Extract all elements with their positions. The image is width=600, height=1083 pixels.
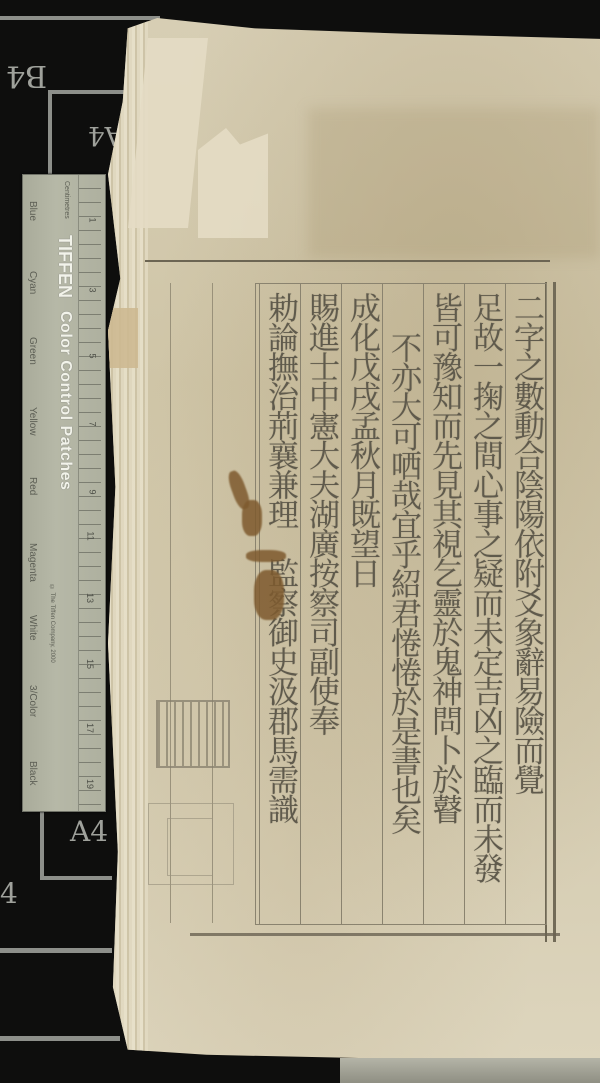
torn-paper-fragment: [198, 128, 268, 238]
patch-label: Magenta: [27, 543, 38, 582]
ruler-number: 1: [87, 217, 97, 222]
ruler-number: 9: [87, 489, 97, 494]
underlying-sheet: [340, 1058, 600, 1083]
grid-line: [40, 876, 112, 880]
patch-label: Cyan: [27, 271, 38, 294]
seal-stamp-upper: [156, 700, 230, 768]
grid-line: [48, 90, 52, 176]
text-block: 二字之數動合陰陽依附爻象辭易險而覺 足故一掬之間心事之疑而未定吉凶之臨而未發 皆…: [255, 283, 547, 925]
patch-label: White: [27, 615, 38, 641]
text-column-3: 皆可豫知而先見其視乞靈於鬼神問卜於瞽: [423, 284, 464, 924]
text-column-6: 賜進士中憲大夫湖廣按察司副使奉: [300, 284, 341, 924]
grid-number-label: 4: [0, 880, 18, 908]
unit-label: Centimetres: [63, 181, 70, 219]
patch-label: Black: [27, 761, 38, 785]
ruler-number: 15: [85, 659, 95, 669]
patch-label: Red: [27, 477, 38, 495]
ruler-number: 3: [87, 287, 97, 292]
a4-label-bottom: A4: [70, 818, 108, 846]
grid-line: [0, 1036, 120, 1041]
date-line: 成化戊戌孟秋月既望日: [341, 284, 382, 924]
grid-line: [0, 948, 112, 953]
tiffen-color-control-strip: Blue Cyan Green Yellow Red Magenta White…: [22, 174, 106, 812]
ruler-number: 17: [85, 723, 95, 733]
patch-label: 3/Color: [27, 685, 38, 717]
grid-line: [0, 16, 160, 20]
ruler-number: 19: [85, 779, 95, 789]
torn-paper-fragment: [108, 308, 138, 368]
text-column-4: 不亦大可哂哉宜乎紹君惓惓於是書也矣: [382, 284, 423, 924]
water-stain: [308, 108, 600, 258]
brown-stain: [228, 470, 298, 620]
b4-label: B4: [6, 60, 47, 90]
grid-line: [40, 808, 44, 880]
strip-title: TIFFEN Color Control Patches: [54, 235, 75, 490]
patch-label: Blue: [27, 201, 38, 221]
patch-labels: Blue Cyan Green Yellow Red Magenta White…: [27, 175, 47, 811]
strip-title-text: Color Control Patches: [57, 311, 74, 490]
text-column-2: 足故一掬之間心事之疑而未定吉凶之臨而未發: [464, 284, 505, 924]
ruler-number: 13: [85, 593, 95, 603]
copyright-text: © The Tiffen Company, 2000: [49, 585, 55, 663]
seal-stamp-lower: [148, 803, 234, 885]
ruler-number: 7: [87, 421, 97, 426]
patch-label: Yellow: [27, 407, 38, 436]
patch-label: Green: [27, 337, 38, 365]
ruler-number: 11: [85, 531, 95, 540]
text-column-1: 二字之數動合陰陽依附爻象辭易險而覺: [505, 284, 546, 924]
tiffen-logo: TIFFEN: [55, 235, 75, 298]
printed-border-bottom: [190, 933, 560, 936]
ruler-number: 5: [87, 353, 97, 358]
